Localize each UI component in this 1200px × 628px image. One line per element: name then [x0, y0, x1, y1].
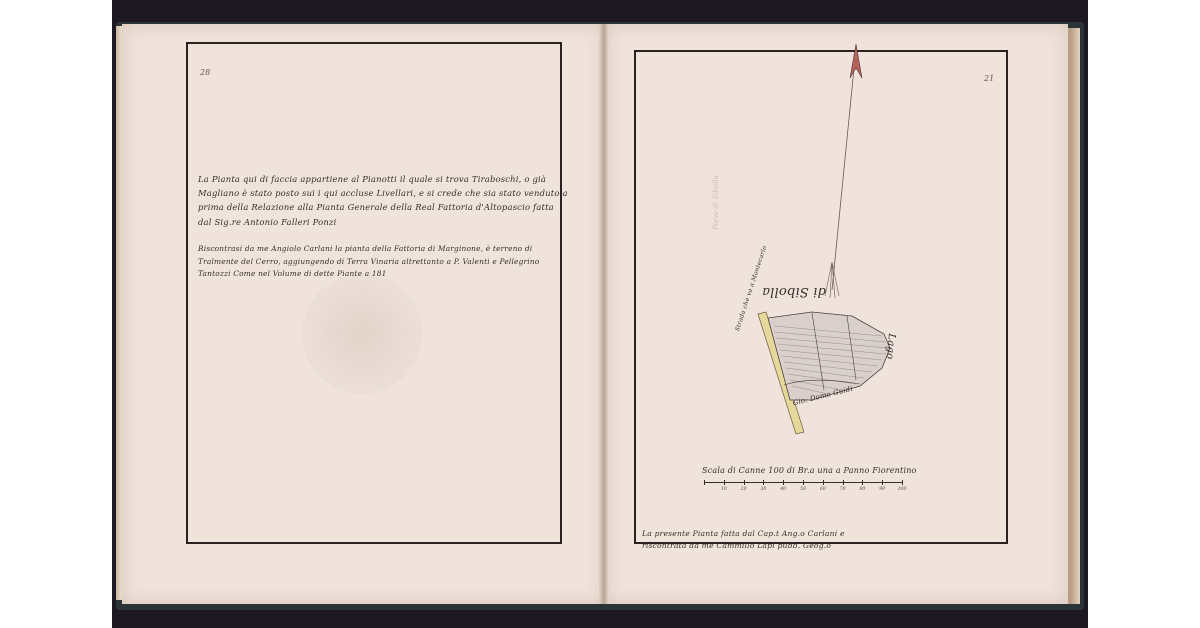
scale-tick-label: 90: [879, 487, 885, 492]
scale-tick-label: 80: [859, 487, 865, 492]
scale-tick-label: 30: [760, 487, 766, 492]
scale-tick-label: 100: [898, 487, 907, 492]
scale-tick-label: 10: [721, 487, 727, 492]
scale-tick-label: 70: [840, 487, 846, 492]
surveyor-note: La presente Pianta fatta dal Cap.t Ang.o…: [642, 528, 882, 552]
scale-tick-label: 40: [780, 487, 786, 492]
scale-bar: 10 20 30 40 50 60 70 80 90 100: [704, 482, 902, 483]
scale-title: Scala di Canne 100 di Br.a una a Panno F…: [702, 466, 917, 475]
north-arrow-icon: [825, 44, 862, 298]
parcel-plot: [768, 312, 890, 400]
east-owner-label: Lago: [884, 333, 897, 360]
north-owner-label: di Sibolla: [762, 284, 826, 299]
parcel-map: [112, 0, 1088, 628]
scale-tick-label: 60: [820, 487, 826, 492]
scale-tick-label: 50: [800, 487, 806, 492]
scale-tick-label: 20: [741, 487, 747, 492]
book-scan: 28 La Pianta qui di faccia appartiene al…: [112, 0, 1088, 628]
